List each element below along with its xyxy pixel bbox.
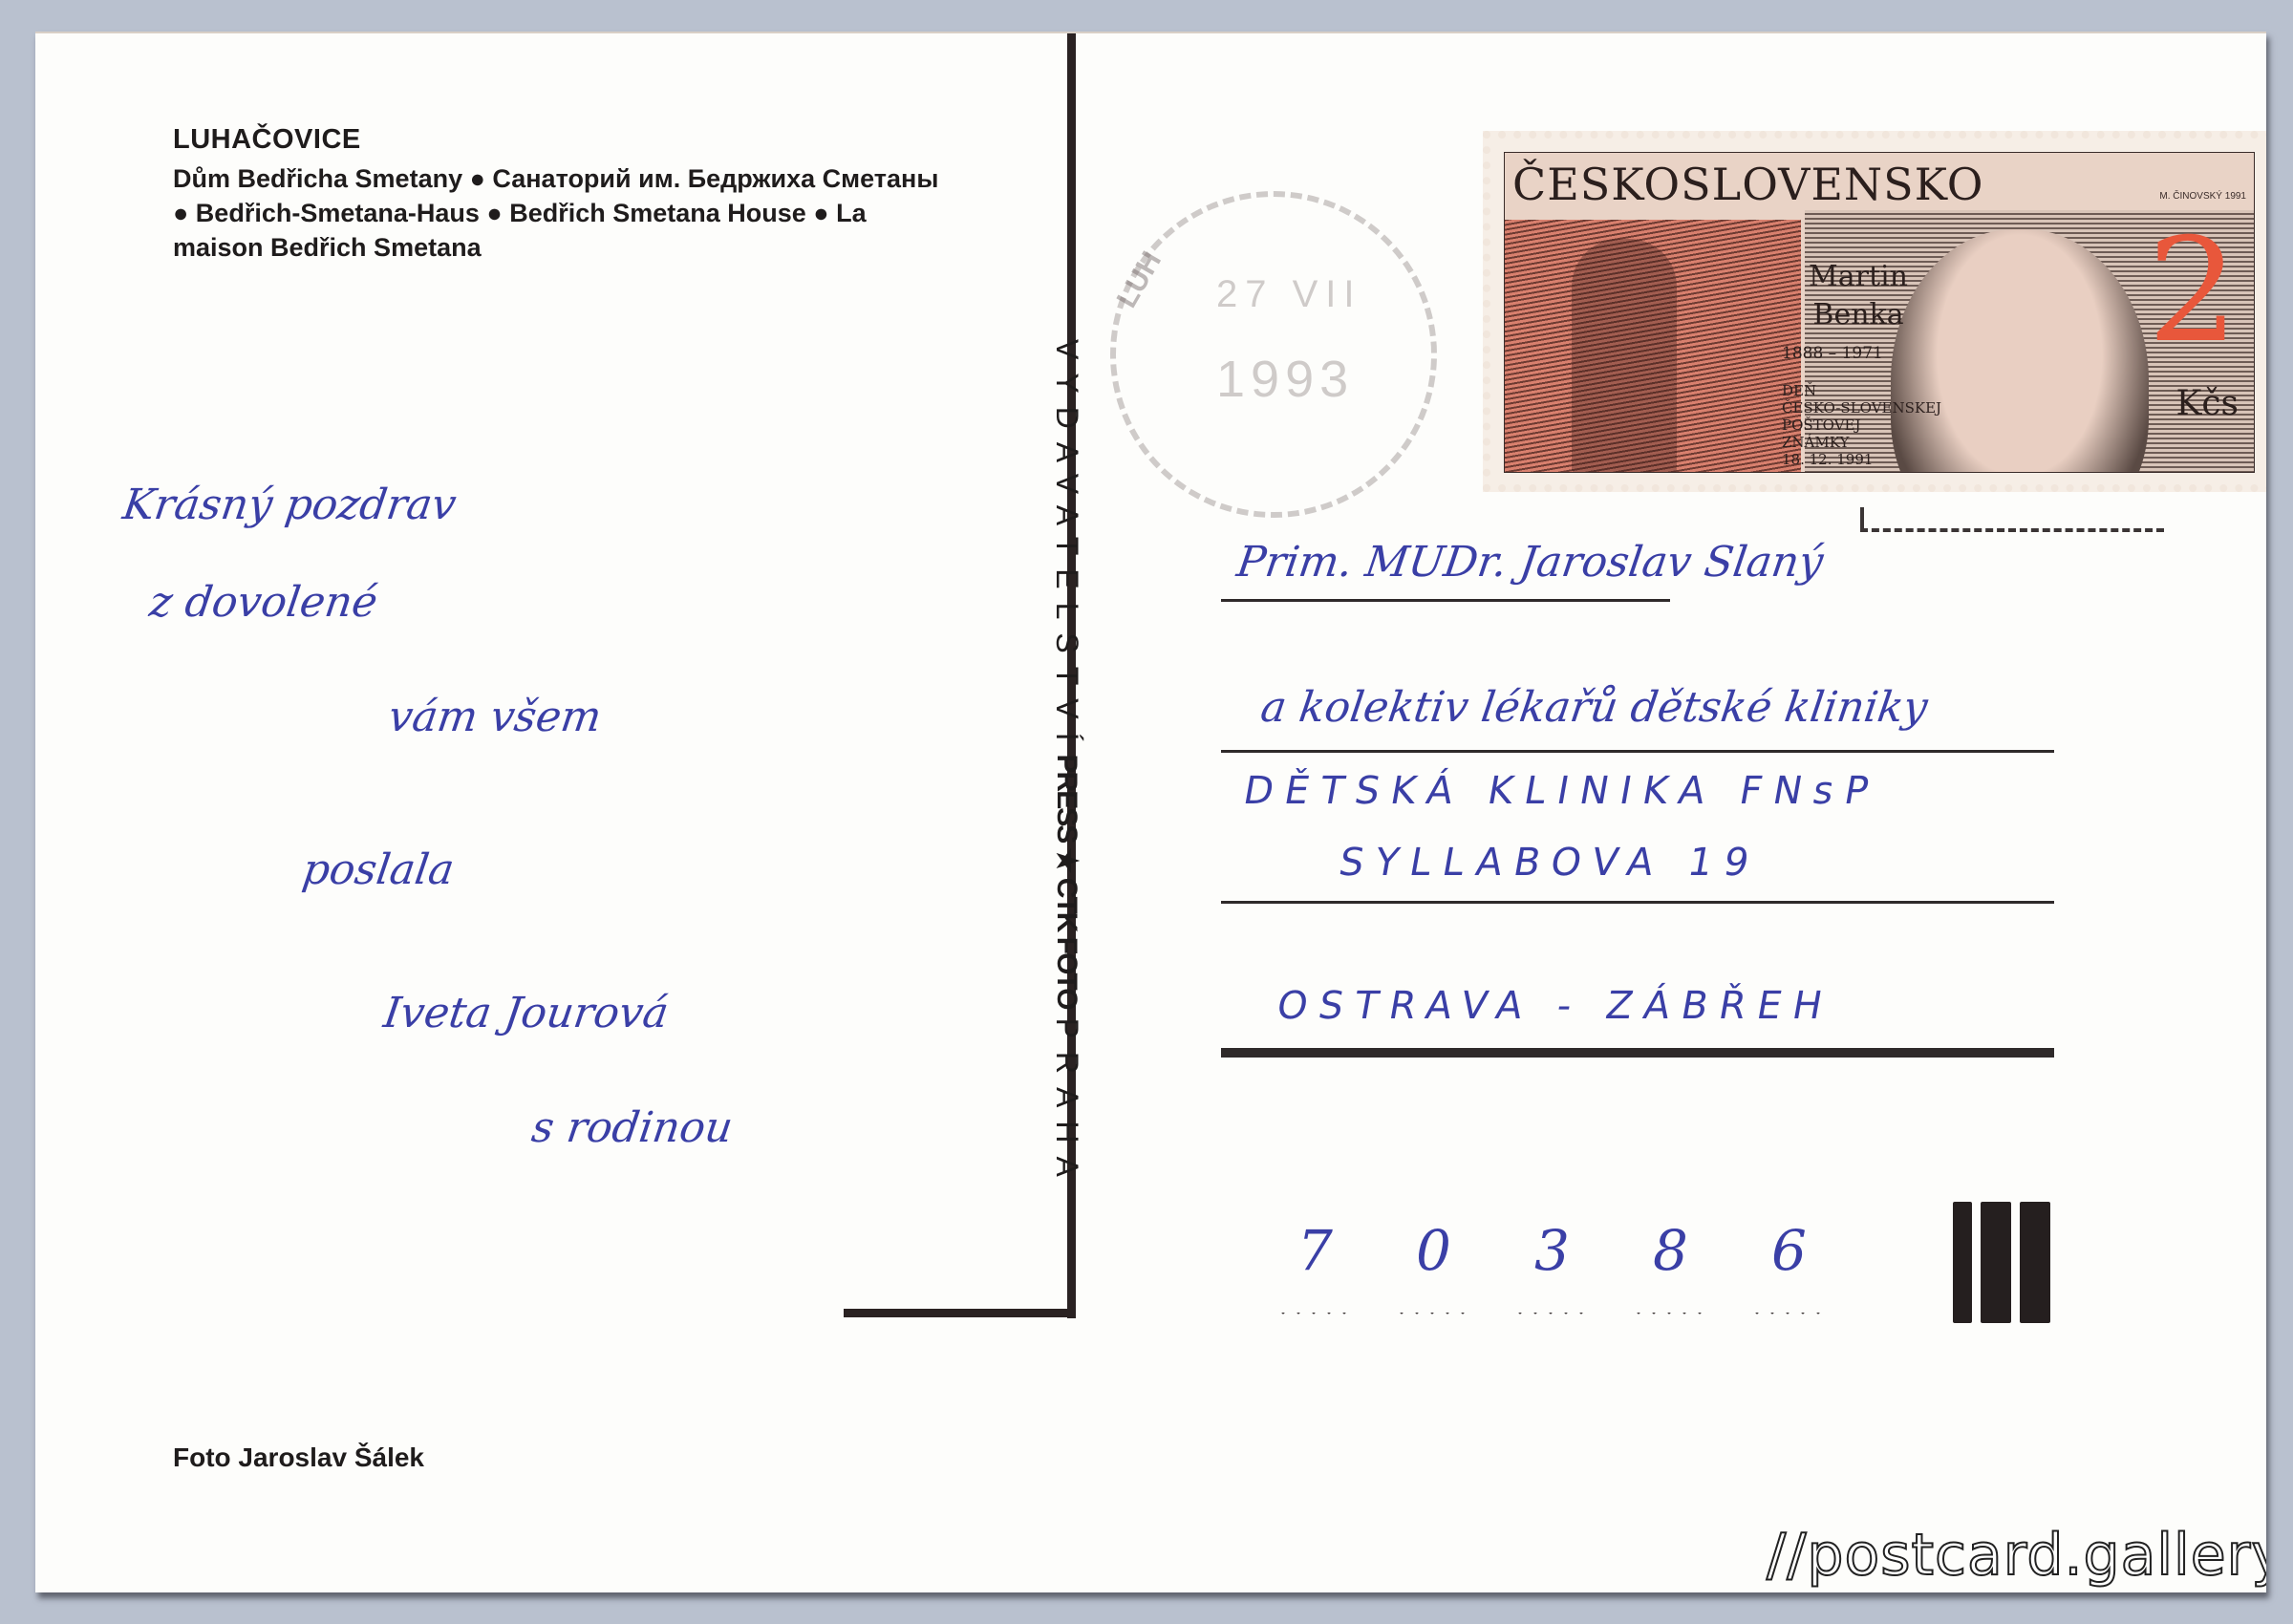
- stamp-name: Martin Benka: [1796, 258, 1920, 334]
- postal-code-digit: 0: [1394, 1218, 1473, 1283]
- postal-code-digit: 3: [1512, 1218, 1592, 1283]
- postmark-town: LUH: [1111, 246, 1168, 313]
- address-line-city: OSTRAVA - ZÁBŘEH: [1274, 984, 1837, 1028]
- postmark: LUH 27 VII 1993: [1110, 191, 1437, 518]
- postal-code-digit: 6: [1749, 1218, 1829, 1283]
- stamp-illustration: [1505, 220, 1801, 473]
- photo-credit: Foto Jaroslav Šálek: [173, 1442, 424, 1473]
- address-rule: [1221, 750, 2054, 753]
- message-line: poslala: [299, 845, 457, 894]
- postal-code-digit: 7: [1275, 1218, 1355, 1283]
- message-line: vám všem: [385, 693, 604, 741]
- postal-bars: [1953, 1202, 2050, 1323]
- publisher-prefix: VYDAVATELSTVÍ: [1050, 339, 1085, 755]
- address-line-institution: DĚTSKÁ KLINIKA FNsP: [1240, 769, 1883, 813]
- postcard-back: LUHAČOVICE Dům Bedřicha Smetany ● Санато…: [35, 32, 2266, 1592]
- divider-horizontal: [844, 1309, 1076, 1317]
- stamp-currency: Kčs: [2175, 384, 2239, 423]
- message-line: Iveta Jourová: [380, 989, 671, 1037]
- message-line: s rodinou: [528, 1103, 736, 1152]
- address-line-recipient: Prim. MUDr. Jaroslav Slaný: [1233, 538, 1826, 587]
- caption: LUHAČOVICE Dům Bedřicha Smetany ● Санато…: [173, 124, 956, 265]
- stamp-years: 1888 – 1971: [1782, 344, 1883, 363]
- caption-title: LUHAČOVICE: [173, 124, 956, 156]
- address-rule-final: [1221, 1048, 2054, 1058]
- postal-code-digit: 8: [1631, 1218, 1710, 1283]
- postmark-date: 27 VII: [1216, 273, 1362, 316]
- publisher-imprint: VYDAVATELSTVÍ PRESS ★ CTK FOTO PRAHA: [1039, 339, 1096, 1294]
- stamp-occasion: DEŇ ČESKO-SLOVENSKEJ POŠTOVEJ ZNÁMKY 18.…: [1782, 382, 1941, 468]
- postage-stamp: ČESKOSLOVENSKO M. ČINOVSKÝ 1991 Martin B…: [1483, 131, 2266, 492]
- stamp-designer: M. ČINOVSKÝ 1991: [2159, 191, 2246, 202]
- address-rule: [1221, 901, 2054, 904]
- address-line-team: a kolektiv lékařů dětské kliniky: [1257, 683, 1930, 732]
- publisher-suffix: PRAHA: [1050, 1018, 1085, 1190]
- stamp-country: ČESKOSLOVENSKO: [1512, 159, 1984, 210]
- press-foto-logo: PRESS ★ CTK FOTO: [1051, 755, 1084, 1009]
- message-line: Krásný pozdrav: [119, 481, 459, 529]
- stamp-value: 2: [2148, 220, 2239, 363]
- address-line-street: SYLLABOVA 19: [1336, 841, 1764, 885]
- postmark-year: 1993: [1216, 350, 1354, 409]
- message-line: z dovolené: [146, 578, 380, 627]
- watermark: //postcard.gallery: [1767, 1522, 2266, 1589]
- address-rule: [1221, 599, 1670, 602]
- caption-description: Dům Bedřicha Smetany ● Санаторий им. Бед…: [173, 161, 956, 265]
